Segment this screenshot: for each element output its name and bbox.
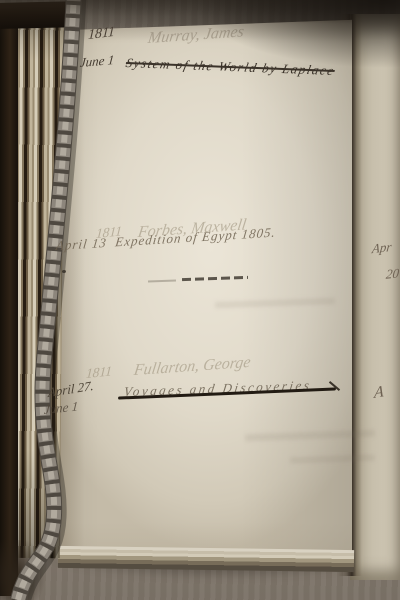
beaded-cord	[0, 0, 120, 600]
opposite-page-fragment-3: A	[374, 383, 385, 403]
opposite-page-fragment-1: Apr	[371, 239, 392, 257]
entry1-date: June 1	[79, 52, 115, 71]
photo-of-open-ledger: 1811 Murray, James June 1 System of the …	[0, 0, 400, 600]
opposite-page-fragment-2: 20	[385, 265, 400, 283]
entry2-date: April 13	[55, 235, 108, 253]
stray-ink-dot	[62, 270, 66, 273]
entry1-year: 1811	[88, 25, 116, 45]
